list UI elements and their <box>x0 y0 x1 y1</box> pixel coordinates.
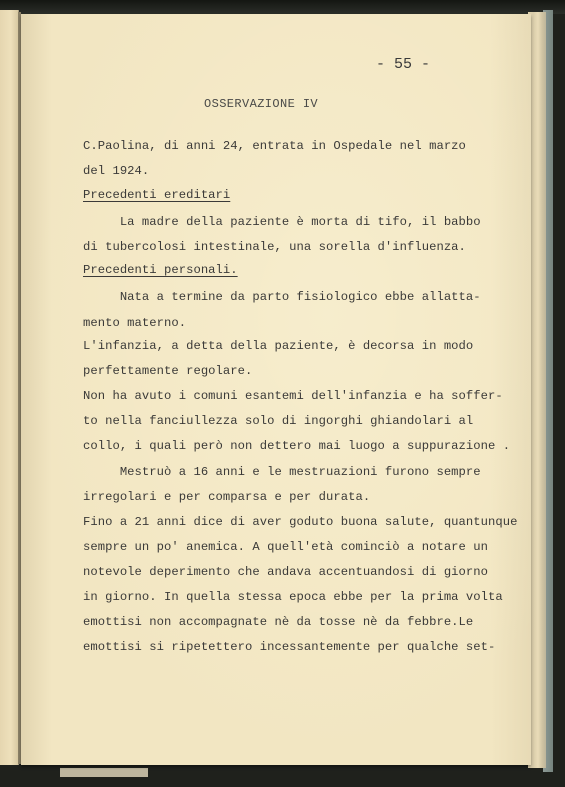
text-line: emottisi si ripetettero incessantemente … <box>83 640 495 654</box>
text-line: perfettamente regolare. <box>83 364 252 378</box>
subheading-personal: Precedenti personali. <box>83 263 238 277</box>
text-line: notevole deperimento che andava accentua… <box>83 565 488 579</box>
binding-tape <box>60 768 148 777</box>
text-line: L'infanzia, a detta della paziente, è de… <box>83 339 473 353</box>
text-line: sempre un po' anemica. A quell'età comin… <box>83 540 488 554</box>
document-page: - 55 - OSSERVAZIONE IV C.Paolina, di ann… <box>21 14 531 765</box>
text-line: in giorno. In quella stessa epoca ebbe p… <box>83 590 503 604</box>
text-line: Nata a termine da parto fisiologico ebbe… <box>83 290 481 304</box>
subheading-hereditary: Precedenti ereditari <box>83 188 230 202</box>
text-line: irregolari e per comparsa e per durata. <box>83 490 370 504</box>
section-heading: OSSERVAZIONE IV <box>204 97 318 111</box>
text-line: Fino a 21 anni dice di aver goduto buona… <box>83 515 517 529</box>
text-line: C.Paolina, di anni 24, entrata in Ospeda… <box>83 139 466 153</box>
text-line: Non ha avuto i comuni esantemi dell'infa… <box>83 389 503 403</box>
text-line: mento materno. <box>83 316 186 330</box>
text-line: di tubercolosi intestinale, una sorella … <box>83 240 466 254</box>
text-line: La madre della paziente è morta di tifo,… <box>83 215 481 229</box>
facing-page-edge <box>0 10 19 765</box>
text-line: collo, i quali però non dettero mai luog… <box>83 439 510 453</box>
text-line: del 1924. <box>83 164 149 178</box>
scan-background-top <box>0 0 565 14</box>
text-line: to nella fanciullezza solo di ingorghi g… <box>83 414 473 428</box>
text-line: emottisi non accompagnate nè da tosse nè… <box>83 615 473 629</box>
text-line: Mestruò a 16 anni e le mestruazioni furo… <box>83 465 481 479</box>
page-number: - 55 - <box>376 56 430 73</box>
